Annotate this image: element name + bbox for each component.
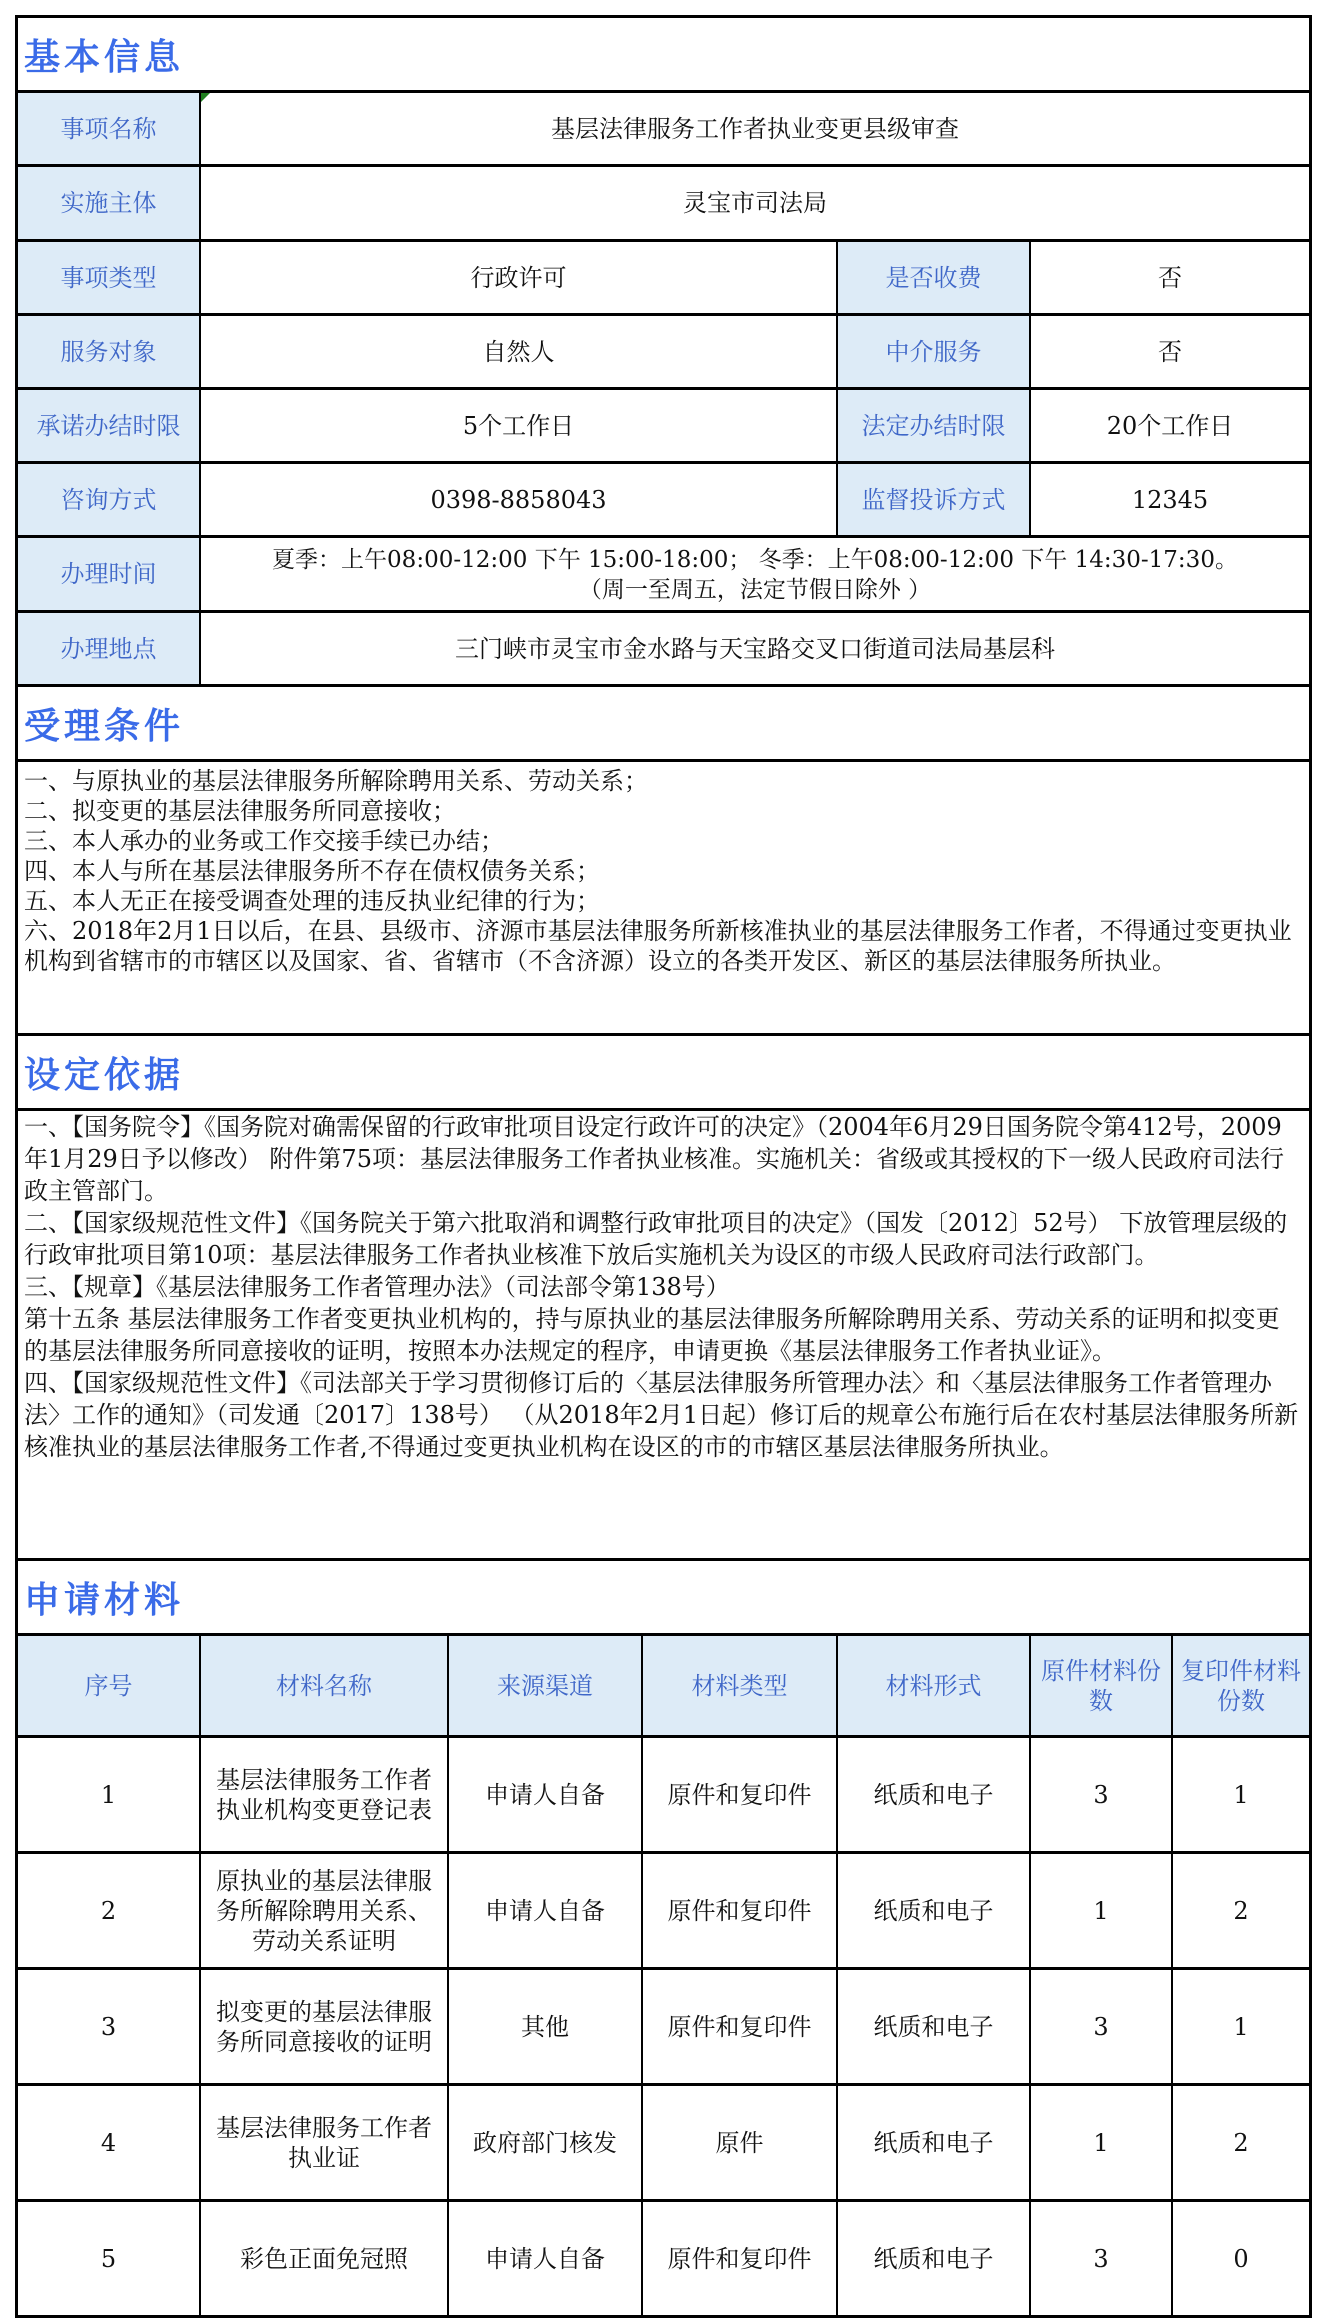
row-hours: 办理时间 夏季：上午08:00-12:00 下午 15:00-18:00； 冬季…: [18, 535, 1309, 610]
col-header-form: 材料形式: [836, 1636, 1029, 1735]
cell-copy-count: 1: [1171, 1970, 1309, 2083]
basis-list: 一、【国务院令】《国务院对确需保留的行政审批项目设定行政许可的决定》（2004年…: [18, 1108, 1309, 1558]
table-row: 3 拟变更的基层法律服务所同意接收的证明 其他 原件和复印件 纸质和电子 3 1: [18, 1967, 1309, 2083]
cell-original-count: 1: [1029, 1854, 1171, 1967]
complaint-phone: 12345: [1029, 464, 1309, 535]
cell-form: 纸质和电子: [836, 2202, 1029, 2315]
cell-source: 申请人自备: [447, 1854, 641, 1967]
materials-table: 序号 材料名称 来源渠道 材料类型 材料形式 原件材料份数 复印件材料份数 1 …: [18, 1633, 1309, 2318]
legal-limit-label: 法定办结时限: [836, 390, 1029, 461]
promised-limit-value: 5个工作日: [199, 390, 836, 461]
condition-item: 五、本人无正在接受调查处理的违反执业纪律的行为；: [24, 886, 1303, 916]
cell-source: 申请人自备: [447, 2202, 641, 2315]
cell-original-count: 3: [1029, 1970, 1171, 2083]
condition-item: 二、拟变更的基层法律服务所同意接收；: [24, 796, 1303, 826]
condition-item: 三、本人承办的业务或工作交接手续已办结；: [24, 826, 1303, 856]
cell-source: 政府部门核发: [447, 2086, 641, 2199]
section-title-basis: 设定依据: [18, 1033, 1309, 1108]
cell-form: 纸质和电子: [836, 1970, 1029, 2083]
cell-name: 基层法律服务工作者执业机构变更登记表: [199, 1738, 447, 1851]
row-item-type: 事项类型 行政许可 是否收费 否: [18, 239, 1309, 313]
row-time-limit: 承诺办结时限 5个工作日 法定办结时限 20个工作日: [18, 387, 1309, 461]
hours-line-2: （周一至周五，法定节假日除外 ）: [579, 575, 931, 605]
charge-label: 是否收费: [836, 242, 1029, 313]
cell-form: 纸质和电子: [836, 1738, 1029, 1851]
cell-original-count: 3: [1029, 2202, 1171, 2315]
row-service-target: 服务对象 自然人 中介服务 否: [18, 313, 1309, 387]
condition-item: 六、2018年2月1日以后，在县、县级市、济源市基层法律服务所新核准执业的基层法…: [24, 916, 1303, 976]
service-target-label: 服务对象: [18, 316, 199, 387]
row-implementer: 实施主体 灵宝市司法局: [18, 164, 1309, 239]
location-label: 办理地点: [18, 613, 199, 684]
table-row: 4 基层法律服务工作者执业证 政府部门核发 原件 纸质和电子 1 2: [18, 2083, 1309, 2199]
cell-no: 4: [18, 2086, 199, 2199]
cell-source: 其他: [447, 1970, 641, 2083]
implementer-label: 实施主体: [18, 167, 199, 239]
col-header-type: 材料类型: [641, 1636, 836, 1735]
complaint-label: 监督投诉方式: [836, 464, 1029, 535]
cell-no: 3: [18, 1970, 199, 2083]
table-row: 2 原执业的基层法律服务所解除聘用关系、劳动关系证明 申请人自备 原件和复印件 …: [18, 1851, 1309, 1967]
row-contact: 咨询方式 0398-8858043 监督投诉方式 12345: [18, 461, 1309, 535]
section-title-basic-info: 基本信息: [18, 15, 1309, 90]
basis-item: 四、【国家级规范性文件】《司法部关于学习贯彻修订后的〈基层法律服务所管理办法〉和…: [24, 1367, 1303, 1463]
row-item-name: 事项名称 基层法律服务工作者执业变更县级审查: [18, 90, 1309, 164]
location-value: 三门峡市灵宝市金水路与天宝路交叉口街道司法局基层科: [199, 613, 1309, 684]
cell-no: 1: [18, 1738, 199, 1851]
service-guide-sheet: 基本信息 事项名称 基层法律服务工作者执业变更县级审查 实施主体 灵宝市司法局 …: [15, 15, 1312, 2318]
cell-original-count: 3: [1029, 1738, 1171, 1851]
cell-no: 5: [18, 2202, 199, 2315]
col-header-source: 来源渠道: [447, 1636, 641, 1735]
legal-limit-value: 20个工作日: [1029, 390, 1309, 461]
intermediary-value: 否: [1029, 316, 1309, 387]
cell-name: 拟变更的基层法律服务所同意接收的证明: [199, 1970, 447, 2083]
item-type-value: 行政许可: [199, 242, 836, 313]
conditions-list: 一、与原执业的基层法律服务所解除聘用关系、劳动关系； 二、拟变更的基层法律服务所…: [18, 759, 1309, 1033]
col-header-copy-count: 复印件材料份数: [1171, 1636, 1309, 1735]
cell-type: 原件和复印件: [641, 1970, 836, 2083]
promised-limit-label: 承诺办结时限: [18, 390, 199, 461]
cell-form: 纸质和电子: [836, 2086, 1029, 2199]
cell-original-count: 1: [1029, 2086, 1171, 2199]
intermediary-label: 中介服务: [836, 316, 1029, 387]
col-header-name: 材料名称: [199, 1636, 447, 1735]
implementer-value: 灵宝市司法局: [199, 167, 1309, 239]
cell-type: 原件: [641, 2086, 836, 2199]
cell-copy-count: 0: [1171, 2202, 1309, 2315]
cell-type: 原件和复印件: [641, 1854, 836, 1967]
table-row: 1 基层法律服务工作者执业机构变更登记表 申请人自备 原件和复印件 纸质和电子 …: [18, 1735, 1309, 1851]
consult-phone: 0398-8858043: [199, 464, 836, 535]
item-name-value: 基层法律服务工作者执业变更县级审查: [199, 93, 1309, 164]
item-name-label: 事项名称: [18, 93, 199, 164]
basis-item: 一、【国务院令】《国务院对确需保留的行政审批项目设定行政许可的决定》（2004年…: [24, 1111, 1303, 1207]
hours-label: 办理时间: [18, 538, 199, 610]
condition-item: 四、本人与所在基层法律服务所不存在债权债务关系；: [24, 856, 1303, 886]
item-type-label: 事项类型: [18, 242, 199, 313]
materials-header-row: 序号 材料名称 来源渠道 材料类型 材料形式 原件材料份数 复印件材料份数: [18, 1636, 1309, 1735]
charge-value: 否: [1029, 242, 1309, 313]
service-target-value: 自然人: [199, 316, 836, 387]
row-location: 办理地点 三门峡市灵宝市金水路与天宝路交叉口街道司法局基层科: [18, 610, 1309, 684]
cell-source: 申请人自备: [447, 1738, 641, 1851]
cell-name: 彩色正面免冠照: [199, 2202, 447, 2315]
basis-item: 二、【国家级规范性文件】《国务院关于第六批取消和调整行政审批项目的决定》（国发〔…: [24, 1207, 1303, 1271]
cell-type: 原件和复印件: [641, 1738, 836, 1851]
consult-label: 咨询方式: [18, 464, 199, 535]
cell-copy-count: 2: [1171, 2086, 1309, 2199]
cell-name: 原执业的基层法律服务所解除聘用关系、劳动关系证明: [199, 1854, 447, 1967]
hours-value: 夏季：上午08:00-12:00 下午 15:00-18:00； 冬季：上午08…: [199, 538, 1309, 610]
table-row: 5 彩色正面免冠照 申请人自备 原件和复印件 纸质和电子 3 0: [18, 2199, 1309, 2315]
section-title-materials: 申请材料: [18, 1558, 1309, 1633]
cell-copy-count: 2: [1171, 1854, 1309, 1967]
col-header-original-count: 原件材料份数: [1029, 1636, 1171, 1735]
section-title-conditions: 受理条件: [18, 684, 1309, 759]
hours-line-1: 夏季：上午08:00-12:00 下午 15:00-18:00； 冬季：上午08…: [272, 545, 1238, 575]
cell-no: 2: [18, 1854, 199, 1967]
condition-item: 一、与原执业的基层法律服务所解除聘用关系、劳动关系；: [24, 766, 1303, 796]
cell-name: 基层法律服务工作者执业证: [199, 2086, 447, 2199]
cell-copy-count: 1: [1171, 1738, 1309, 1851]
col-header-no: 序号: [18, 1636, 199, 1735]
basis-item: 三、【规章】《基层法律服务工作者管理办法》（司法部令第138号）: [24, 1271, 1303, 1303]
cell-type: 原件和复印件: [641, 2202, 836, 2315]
cell-form: 纸质和电子: [836, 1854, 1029, 1967]
basis-item: 第十五条 基层法律服务工作者变更执业机构的，持与原执业的基层法律服务所解除聘用关…: [24, 1303, 1303, 1367]
